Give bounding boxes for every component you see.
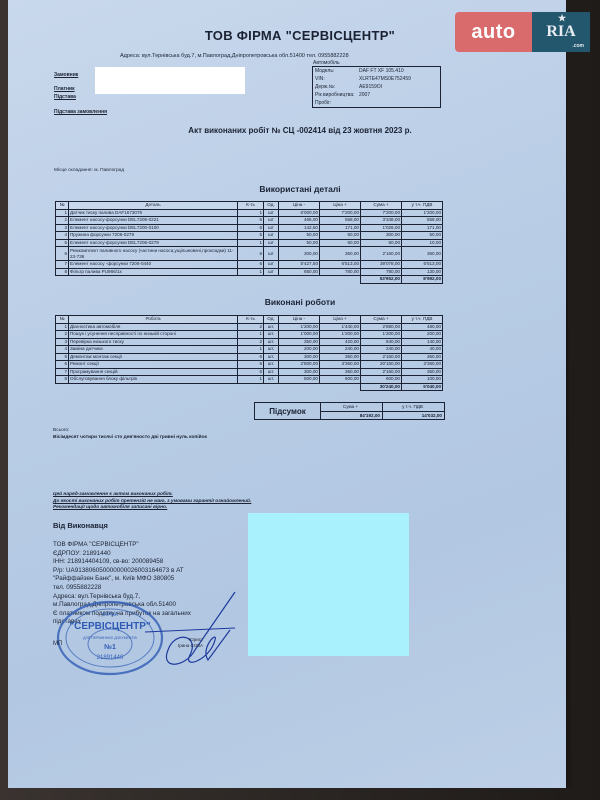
table-cell: шт — [264, 261, 279, 269]
table-cell: Демонтаж монтаж секції — [69, 353, 238, 361]
summary-box: Підсумок Сума + 84'192,00 у т.ч. ПДВ 14'… — [254, 402, 445, 420]
table-cell: 5 — [238, 232, 264, 240]
total-in-words: Всього: Вісімдесят чотири тисячі сто дев… — [53, 428, 207, 440]
requisite-line: ІНН: 218914404109, св-во: 200089458 — [53, 558, 191, 567]
table-total-row: 30'240,005'040,00 — [56, 383, 443, 391]
column-header: Ціна + — [320, 316, 361, 324]
table-cell: шт. — [264, 346, 279, 354]
vehicle-key: VIN: — [315, 75, 359, 83]
table-cell: 6 — [238, 361, 264, 369]
table-cell: Заміна датчика — [69, 346, 238, 354]
note-line: Рекомендації щодо автомобіля записані ві… — [53, 505, 251, 512]
table-cell: 650,00 — [279, 268, 320, 276]
table-cell: 1'026,00 — [361, 224, 402, 232]
column-header: у т.ч. ПДВ — [402, 316, 443, 324]
table-cell: 60,00 — [320, 232, 361, 240]
column-header: у т.ч. ПДВ — [402, 202, 443, 210]
table-cell: 3 — [56, 224, 69, 232]
table-cell: Пружина форсунки 7206-0279 — [69, 232, 238, 240]
table-cell: 500,00 — [279, 376, 320, 384]
table-cell: шт — [264, 239, 279, 247]
table-cell: 2 — [238, 323, 264, 331]
table-cell: 2'160,00 — [361, 247, 402, 261]
table-cell: 360,00 — [402, 247, 443, 261]
total-label: Всього: — [53, 428, 207, 433]
table-row: 5Демонтаж монтаж секції6шт.300,00360,002… — [56, 353, 443, 361]
table-cell: 2'800,00 — [279, 361, 320, 369]
table-cell: Датчик тиску палива DAF1673076 — [69, 209, 238, 217]
table-cell: 10,00 — [402, 239, 443, 247]
table-cell: 2'160,00 — [361, 353, 402, 361]
table-cell: 6'000,00 — [279, 209, 320, 217]
table-row: 6Ремкомплект паливного насосу (частини н… — [56, 247, 443, 261]
customer-signature-redaction — [248, 513, 409, 656]
table-cell: 300,00 — [279, 353, 320, 361]
basis-label: Підстава — [54, 94, 76, 100]
table-cell: 2'160,00 — [361, 368, 402, 376]
signature-icon — [140, 590, 240, 675]
column-header: Сума + — [361, 316, 402, 324]
table-cell: шт. — [264, 353, 279, 361]
table-cell: 6 — [238, 261, 264, 269]
vehicle-row: Модель:DAF FT XF 105.410 — [313, 67, 440, 75]
customer-label: Замовник — [54, 72, 78, 78]
vehicle-value: 2007 — [359, 91, 370, 99]
table-cell: 1 — [56, 323, 69, 331]
table-cell: 3'360,00 — [320, 361, 361, 369]
table-row: 6Ремонт секції6шт.2'800,003'360,0020'160… — [56, 361, 443, 369]
table-cell: шт. — [264, 361, 279, 369]
table-cell: 140,00 — [402, 338, 443, 346]
summary-vat: 14'032,00 — [383, 412, 444, 420]
total-vat: 8'992,00 — [402, 276, 443, 284]
table-cell: 600,00 — [320, 376, 361, 384]
works-table: №РоботаК-тьОд.Ціна -Ціна +Сума +у т.ч. П… — [55, 315, 443, 391]
svg-text:ДЛЯ ПЕРВИННИХ ДОКУМЕНТІВ: ДЛЯ ПЕРВИННИХ ДОКУМЕНТІВ — [83, 636, 137, 640]
table-cell: 1 — [56, 209, 69, 217]
table-cell: Діагностика автомобіля — [69, 323, 238, 331]
table-cell: 7'200,00 — [361, 209, 402, 217]
total-vat: 5'040,00 — [402, 383, 443, 391]
table-cell: 130,00 — [402, 268, 443, 276]
column-header: Деталь — [69, 202, 238, 210]
svg-text:ФІРМА: ФІРМА — [102, 612, 119, 618]
table-cell: 1 — [238, 346, 264, 354]
summary-sum: 84'192,00 — [321, 412, 382, 420]
table-cell: 7 — [56, 261, 69, 269]
table-cell: 39'078,00 — [361, 261, 402, 269]
signer-name: Ірина СОВА — [178, 643, 203, 649]
company-address: Адреса: вул.Тернівська буд.7, м.Павлогра… — [120, 53, 349, 59]
table-row: 3Перевірка низького тиску2шт.350,00420,0… — [56, 338, 443, 346]
table-total-row: 53'952,008'992,00 — [56, 276, 443, 284]
table-cell: шт — [264, 247, 279, 261]
table-cell: Елемент насосу-форсунки DEL7206-0279 — [69, 239, 238, 247]
vehicle-key: Держ.№: — [315, 83, 359, 91]
column-header: Ціна + — [320, 202, 361, 210]
table-cell: 6 — [238, 224, 264, 232]
vehicle-row: Держ.№:AE9159OI — [313, 83, 440, 91]
table-cell: 300,00 — [279, 368, 320, 376]
table-cell: 6 — [56, 361, 69, 369]
column-header: Ціна - — [279, 202, 320, 210]
table-cell: шт. — [264, 338, 279, 346]
table-cell: 142,50 — [279, 224, 320, 232]
table-cell: шт — [264, 224, 279, 232]
table-cell: 360,00 — [320, 247, 361, 261]
table-cell: 300,00 — [361, 232, 402, 240]
table-cell: 1'000,00 — [279, 331, 320, 339]
table-cell: шт — [264, 268, 279, 276]
table-cell: шт — [264, 209, 279, 217]
table-cell: 2'880,00 — [361, 323, 402, 331]
table-cell: 558,00 — [320, 217, 361, 225]
column-header: Од. — [264, 316, 279, 324]
svg-text:21891440: 21891440 — [97, 655, 124, 661]
customer-redaction — [95, 67, 245, 94]
table-cell: 1'200,00 — [402, 209, 443, 217]
table-cell: 171,00 — [320, 224, 361, 232]
table-cell: 1 — [238, 331, 264, 339]
vehicle-value: AE9159OI — [359, 83, 382, 91]
table-cell: 50,00 — [402, 232, 443, 240]
table-row: 7Елемент насосу -форсунки 7206-04406шт5'… — [56, 261, 443, 269]
table-cell: 350,00 — [279, 338, 320, 346]
table-cell: 200,00 — [402, 331, 443, 339]
works-section-title: Виконані роботи — [0, 297, 600, 307]
parts-table: №ДетальК-тьОд.Ціна -Ціна +Сума +у т.ч. П… — [55, 201, 443, 284]
table-cell: шт — [264, 217, 279, 225]
vehicle-key: Пробіг: — [315, 99, 359, 107]
total-sum: 53'952,00 — [361, 276, 402, 284]
vehicle-info-box: Модель:DAF FT XF 105.410VIN:XLRTE47MS0E7… — [312, 66, 441, 108]
column-header: К-ть — [238, 202, 264, 210]
table-row: 8Фільтр палива PU966/1x1шт650,00780,0078… — [56, 268, 443, 276]
vehicle-row: Пробіг: — [313, 99, 440, 107]
table-cell: 2 — [56, 331, 69, 339]
table-cell: Елемент насосу -форсунки 7206-0440 — [69, 261, 238, 269]
requisite-line: ЄДРПОУ: 21891440 — [53, 550, 191, 559]
table-cell: шт. — [264, 331, 279, 339]
table-cell: 1 — [238, 209, 264, 217]
table-cell: 360,00 — [402, 353, 443, 361]
table-cell: 5 — [56, 239, 69, 247]
watermark-domain: .com — [572, 43, 584, 49]
table-row: 8Обслуговування блоку фільтрів1шт.500,00… — [56, 376, 443, 384]
table-cell: Пошук і усунення несправності по низькій… — [69, 331, 238, 339]
executor-title: Від Виконавця — [53, 521, 108, 530]
table-cell: 60,00 — [320, 239, 361, 247]
table-cell: 7'200,00 — [320, 209, 361, 217]
payer-label: Платник — [54, 86, 75, 92]
vehicle-row: Рік виробництва:2007 — [313, 91, 440, 99]
table-cell: Ремонт секції — [69, 361, 238, 369]
table-cell: Обслуговування блоку фільтрів — [69, 376, 238, 384]
table-cell: 360,00 — [320, 368, 361, 376]
table-cell: шт. — [264, 376, 279, 384]
star-icon: ★ — [558, 13, 566, 24]
table-cell: 1 — [238, 376, 264, 384]
vehicle-row: VIN:XLRTE47MS0E752459 — [313, 75, 440, 83]
summary-label: Підсумок — [255, 403, 321, 419]
parts-section-title: Використані деталі — [0, 184, 600, 194]
table-cell: 3 — [56, 338, 69, 346]
table-cell: Програмування секцій — [69, 368, 238, 376]
table-cell: шт. — [264, 323, 279, 331]
table-cell: шт. — [264, 368, 279, 376]
table-cell: 5'427,50 — [279, 261, 320, 269]
table-cell: 480,00 — [402, 323, 443, 331]
table-cell: 8 — [56, 376, 69, 384]
table-cell: Фільтр палива PU966/1x — [69, 268, 238, 276]
table-cell: Елемент насосу-форсунки DEL7200-0100 — [69, 224, 238, 232]
mp-label: МП — [53, 641, 62, 647]
table-cell: 40,00 — [402, 346, 443, 354]
table-cell: 360,00 — [320, 353, 361, 361]
total-words-text: Вісімдесят чотири тисячі сто дев'яносто … — [53, 435, 207, 440]
table-cell: 240,00 — [361, 346, 402, 354]
acceptance-notes: Цей наряд-замовлення є актом виконаних р… — [53, 492, 251, 512]
table-cell: 780,00 — [361, 268, 402, 276]
column-header: Сума + — [361, 202, 402, 210]
svg-text:№1: №1 — [104, 643, 116, 651]
place-of-issue: Місце складання: м. Павлоград — [54, 168, 124, 173]
table-row: 4Пружина форсунки 7206-02795шт50,0060,00… — [56, 232, 443, 240]
total-sum: 30'240,00 — [361, 383, 402, 391]
column-header: Ціна - — [279, 316, 320, 324]
table-cell: 50,00 — [279, 239, 320, 247]
table-row: 1Діагностика автомобіля2шт.1'200,001'440… — [56, 323, 443, 331]
column-header: Робота — [69, 316, 238, 324]
table-cell: 600,00 — [361, 376, 402, 384]
table-cell: 100,00 — [402, 376, 443, 384]
table-cell: 300,00 — [279, 247, 320, 261]
table-cell: 4 — [56, 232, 69, 240]
column-header: № — [56, 202, 69, 210]
requisite-line: "Райффайзен Банк", м. Київ МФО 380805 — [53, 575, 191, 584]
table-cell: 1 — [238, 268, 264, 276]
table-cell: 6 — [238, 353, 264, 361]
table-cell: 1'200,00 — [279, 323, 320, 331]
order-basis-label: Підстава замовлення — [54, 109, 107, 115]
table-row: 4Заміна датчика1шт.200,00240,00240,0040,… — [56, 346, 443, 354]
table-cell: 50,00 — [279, 232, 320, 240]
company-title: ТОВ ФІРМА "СЕРВІСЦЕНТР" — [0, 28, 600, 43]
table-cell: 558,00 — [402, 217, 443, 225]
table-row: 5Елемент насосу-форсунки DEL7206-02791шт… — [56, 239, 443, 247]
table-cell: Ремкомплект паливного насосу (частини на… — [69, 247, 238, 261]
table-row: 3Елемент насосу-форсунки DEL7200-01006шт… — [56, 224, 443, 232]
table-cell: 6'513,00 — [320, 261, 361, 269]
act-title: Акт виконаних робіт № СЦ -002414 від 23 … — [0, 126, 600, 135]
table-cell: Перевірка низького тиску — [69, 338, 238, 346]
table-cell: 420,00 — [320, 338, 361, 346]
table-cell: 840,00 — [361, 338, 402, 346]
table-row: 7Програмування секцій6шт.300,00360,002'1… — [56, 368, 443, 376]
table-cell: 6 — [238, 368, 264, 376]
column-header: Од. — [264, 202, 279, 210]
table-cell: 171,00 — [402, 224, 443, 232]
table-row: 2Пошук і усунення несправності по низькі… — [56, 331, 443, 339]
table-cell: 20'160,00 — [361, 361, 402, 369]
table-cell: 60,00 — [361, 239, 402, 247]
table-cell: 200,00 — [279, 346, 320, 354]
vehicle-key: Рік виробництва: — [315, 91, 359, 99]
table-cell: 7 — [56, 368, 69, 376]
table-cell: 360,00 — [402, 368, 443, 376]
table-cell: 1'200,00 — [320, 331, 361, 339]
table-cell: 4 — [56, 346, 69, 354]
table-cell: 6 — [56, 247, 69, 261]
svg-text:"СЕРВІСЦЕНТР": "СЕРВІСЦЕНТР" — [69, 621, 150, 632]
table-cell: шт — [264, 232, 279, 240]
summary-vat-header: у т.ч. ПДВ — [383, 403, 444, 412]
table-cell: 1 — [238, 239, 264, 247]
requisite-line: ТОВ ФІРМА "СЕРВІСЦЕНТР" — [53, 541, 191, 550]
table-cell: 1'200,00 — [361, 331, 402, 339]
summary-sum-header: Сума + — [321, 403, 382, 412]
vehicle-key: Модель: — [315, 67, 359, 75]
table-cell: 3'360,00 — [402, 361, 443, 369]
table-cell: 6 — [238, 247, 264, 261]
table-cell: 6 — [238, 217, 264, 225]
vehicle-value: DAF FT XF 105.410 — [359, 67, 404, 75]
table-cell: 8 — [56, 268, 69, 276]
table-cell: 2 — [56, 217, 69, 225]
table-row: 2Елемент насосу-форсунки DEL7206-02216шт… — [56, 217, 443, 225]
column-header: № — [56, 316, 69, 324]
table-cell: 1'440,00 — [320, 323, 361, 331]
table-cell: 240,00 — [320, 346, 361, 354]
table-cell: 5 — [56, 353, 69, 361]
table-cell: Елемент насосу-форсунки DEL7206-0221 — [69, 217, 238, 225]
signer-block: Юрист Ірина СОВА — [178, 637, 203, 649]
table-cell: 465,00 — [279, 217, 320, 225]
table-cell: 2 — [238, 338, 264, 346]
vehicle-value: XLRTE47MS0E752459 — [359, 75, 411, 83]
table-cell: 780,00 — [320, 268, 361, 276]
table-row: 1Датчик тиску палива DAF16730761шт6'000,… — [56, 209, 443, 217]
table-cell: 3'348,00 — [361, 217, 402, 225]
column-header: К-ть — [238, 316, 264, 324]
table-cell: 6'513,00 — [402, 261, 443, 269]
